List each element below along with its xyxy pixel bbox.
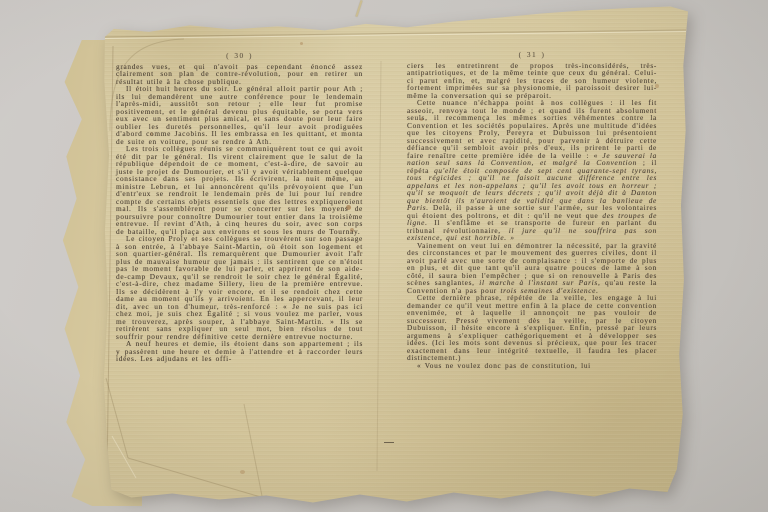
folio-number-right: ( 31 ) — [407, 51, 657, 59]
photo-backdrop: ( 30 ) grandes vues, et qui n'avoit pas … — [0, 0, 768, 512]
text-block-left: grandes vues, et qui n'avoit pas cependa… — [116, 63, 363, 363]
printers-dash — [384, 442, 394, 443]
foxing-spot — [240, 470, 245, 474]
bottom-left-crease-1 — [106, 378, 128, 458]
text-segment: grandes vues, et qui n'avoit pas cependa… — [116, 62, 363, 86]
text-segment: Le citoyen Proly et ses collègues se tro… — [116, 234, 363, 341]
bottom-left-crease-3 — [244, 404, 262, 496]
center-fold-crease — [377, 61, 381, 471]
text-segment: « Vous ne voulez donc pas de constitutio… — [417, 361, 591, 370]
left-edge-crease — [107, 46, 113, 478]
page-left: ( 30 ) grandes vues, et qui n'avoit pas … — [116, 52, 363, 363]
text-segment: Il étoit huit heures du soir. Le général… — [116, 84, 363, 146]
paragraph: Vainement on veut lui en démontrer la né… — [407, 242, 657, 295]
text-block-right: ciers les entretinrent de propos très-in… — [407, 62, 657, 370]
text-segment: ciers les entretinrent de propos très-in… — [407, 61, 657, 100]
bottom-left-crease-4 — [112, 436, 136, 478]
text-segment: A neuf heures et demie, ils étoient dans… — [116, 339, 363, 363]
paragraph: Les trois collègues réunis se communiquè… — [116, 145, 363, 235]
paper-sheet-wrap: ( 30 ) grandes vues, et qui n'avoit pas … — [102, 6, 688, 504]
paragraph: ciers les entretinrent de propos très-in… — [407, 62, 657, 100]
top-fold-highlight — [104, 32, 686, 39]
paragraph: Le citoyen Proly et ses collègues se tro… — [116, 235, 363, 340]
text-segment: Les trois collègues réunis se communiquè… — [116, 144, 363, 236]
paragraph: Cette dernière phrase, répétée de la vei… — [407, 294, 657, 362]
bottom-left-crease-2 — [128, 458, 264, 498]
paragraph: A neuf heures et demie, ils étoient dans… — [116, 340, 363, 363]
paragraph: Il étoit huit heures du soir. Le général… — [116, 85, 363, 145]
paragraph: Cette nuance n'échappa point à nos collè… — [407, 99, 657, 242]
text-segment: Cette dernière phrase, répétée de la vei… — [407, 293, 657, 362]
paper-sheet: ( 30 ) grandes vues, et qui n'avoit pas … — [102, 6, 688, 504]
page-right: ( 31 ) ciers les entretinrent de propos … — [407, 51, 657, 369]
paragraph: grandes vues, et qui n'avoit pas cependa… — [116, 63, 363, 86]
foxing-spot — [300, 42, 303, 45]
paragraph: « Vous ne voulez donc pas de constitutio… — [407, 362, 657, 370]
folio-number-left: ( 30 ) — [116, 52, 363, 60]
top-fold-crease — [104, 30, 686, 37]
